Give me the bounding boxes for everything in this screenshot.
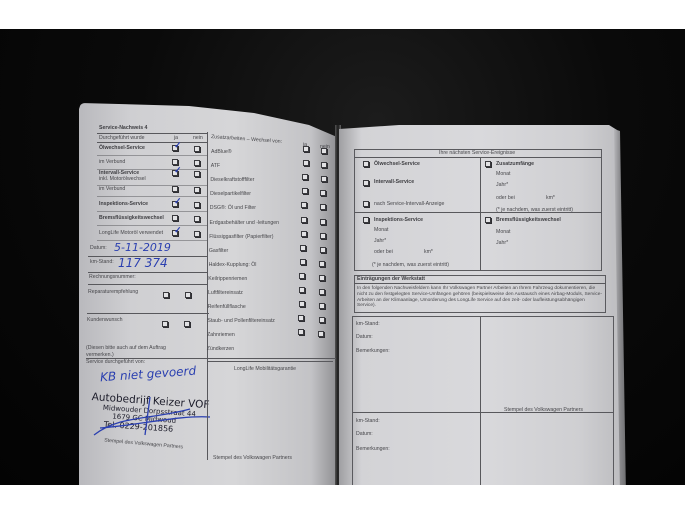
extra-no-checkbox[interactable] [321, 148, 327, 154]
oil-service-checkbox[interactable] [363, 161, 369, 167]
extra-no-checkbox[interactable] [321, 162, 327, 168]
extra-no-checkbox[interactable] [319, 289, 325, 295]
extra-work-label: Keilrippenriemen [208, 277, 247, 282]
service-yes-checkbox[interactable] [172, 186, 178, 192]
brake-fluid-label: Bremsflüssigkeitswechsel [496, 218, 561, 223]
divider [88, 272, 208, 273]
service-label: im Verbund [99, 160, 125, 165]
workshop-entries-grid [352, 316, 614, 486]
extra-work-label: DSG®: Öl und Filter [210, 206, 256, 211]
invoice-label: Rechnungsnummer: [89, 275, 136, 280]
extra-yes-checkbox[interactable] [299, 273, 305, 279]
bottom-margin [0, 485, 685, 514]
service-title: Service-Nachweis 4 [99, 126, 147, 131]
extra-no-checkbox[interactable] [320, 190, 326, 196]
km-label: km-Stand: [90, 260, 114, 265]
divider [97, 155, 207, 156]
brake-fluid-checkbox[interactable] [485, 217, 491, 223]
entry2-date-label: Datum: [356, 432, 373, 437]
extra-work-label: Flüssiggasfilter (Papierfilter) [209, 235, 273, 240]
extra-yes-checkbox[interactable] [299, 287, 305, 293]
extra-no-checkbox[interactable] [319, 275, 325, 281]
additional-or-at-label: oder bei [496, 196, 515, 201]
entry2-remarks-label: Bemerkungen: [356, 447, 390, 452]
checkmark-icon: ✓ [174, 197, 182, 206]
extra-work-label: Luftfiltereinsatz [208, 291, 243, 296]
divider [87, 313, 209, 314]
service-no-checkbox[interactable] [194, 202, 200, 208]
extra-no-checkbox[interactable] [320, 219, 326, 225]
service-no-checkbox[interactable] [194, 171, 200, 177]
extra-yes-checkbox[interactable] [298, 329, 304, 335]
note-label: (Diesen bitte auch auf dem Auftrag verme… [86, 345, 166, 358]
date-value: 5-11-2019 [114, 242, 171, 253]
inspection-year-label: Jahr* [374, 239, 386, 244]
date-label: Datum: [90, 246, 107, 251]
extra-yes-checkbox[interactable] [301, 217, 307, 223]
next-services-header: Ihre nächsten Service-Ereignisse [439, 151, 515, 156]
km-value: 117 374 [118, 257, 168, 269]
extra-work-label: Dieselpartikelfilter [210, 192, 251, 197]
service-no-checkbox[interactable] [194, 146, 200, 152]
divider [207, 361, 333, 362]
service-no-checkbox[interactable] [194, 160, 200, 166]
col-header-performed: Durchgeführt wurde [99, 136, 145, 141]
extra-no-checkbox[interactable] [320, 233, 326, 239]
brake-fluid-month-label: Monat [496, 230, 510, 235]
entry1-remarks-label: Bemerkungen: [356, 349, 390, 354]
extra-work-label: ATF [211, 164, 220, 169]
repair-label: Reparaturempfehlung [88, 290, 138, 295]
extra-yes-checkbox[interactable] [300, 259, 306, 265]
additional-km-unit: km* [546, 196, 555, 201]
performed-by-label: Service durchgeführt von: [86, 360, 145, 365]
customer-yes-checkbox[interactable] [162, 321, 168, 327]
checkmark-icon: ✓ [174, 141, 182, 150]
entry1-km-label: km-Stand: [356, 322, 380, 327]
extra-work-label: Haldex-Kupplung: Öl [209, 263, 257, 268]
inspection-service-checkbox[interactable] [363, 217, 369, 223]
service-no-checkbox[interactable] [194, 216, 200, 222]
col-header-no: nein [193, 136, 203, 141]
signature-scribble [90, 395, 220, 440]
additional-month-label: Monat [496, 172, 510, 177]
divider [97, 196, 207, 197]
service-label: Inspektions-Service [99, 202, 148, 207]
extra-yes-checkbox[interactable] [299, 301, 305, 307]
extra-work-label: Gasfilter [209, 249, 228, 254]
service-label: Ölwechsel-Service [99, 146, 145, 151]
checkmark-icon: ✓ [174, 166, 182, 175]
divider [97, 142, 207, 143]
service-label: LongLife Motoröl verwendet [99, 231, 163, 236]
interval-display-checkbox[interactable] [363, 201, 369, 207]
extra-work-label: Staub- und Pollenfiltereinsatz [207, 319, 274, 324]
interval-service-label: Intervall-Service [374, 180, 414, 185]
extra-yes-checkbox[interactable] [301, 202, 307, 208]
extra-no-checkbox[interactable] [318, 331, 324, 337]
interval-service-checkbox[interactable] [363, 180, 369, 186]
extra-work-label: Erdgasbehälter und -leitungen [210, 221, 280, 226]
service-yes-checkbox[interactable] [172, 215, 178, 221]
repair-no-checkbox[interactable] [185, 292, 191, 298]
interval-display-label: nach Service-Intervall-Anzeige [374, 202, 444, 207]
extra-work-label: Reifenfüllflasche [208, 305, 246, 310]
workshop-header: Einträgungen der Werkstatt [357, 277, 425, 282]
longlife-label: LongLife Mobilitätsgarantie [234, 367, 296, 372]
extra-work-label: AdBlue® [211, 150, 232, 155]
extra-no-checkbox[interactable] [321, 176, 327, 182]
service-label: im Verbund [99, 187, 125, 192]
service-sublabel: inkl. Motorölwechsel [99, 177, 146, 182]
extra-work-label: Zahnriemen [207, 333, 235, 338]
extra-yes-checkbox[interactable] [298, 315, 304, 321]
extra-no-checkbox[interactable] [319, 303, 325, 309]
extra-yes-checkbox[interactable] [301, 231, 307, 237]
extra-no-checkbox[interactable] [319, 261, 325, 267]
service-no-checkbox[interactable] [194, 231, 200, 237]
entry1-date-label: Datum: [356, 335, 373, 340]
additional-year-label: Jahr* [496, 183, 508, 188]
extra-yes-checkbox[interactable] [302, 188, 308, 194]
divider [97, 133, 207, 134]
extra-yes-checkbox[interactable] [303, 146, 309, 152]
extra-yes-checkbox[interactable] [303, 160, 309, 166]
extra-no-checkbox[interactable] [320, 204, 326, 210]
workshop-text: In den folgenden Nachweisfeldern kann Ih… [357, 286, 603, 309]
oil-service-label: Ölwechsel-Service [374, 162, 420, 167]
extra-yes-checkbox[interactable] [302, 174, 308, 180]
additional-label: Zusatzumfänge [496, 162, 534, 167]
entry2-km-label: km-Stand: [356, 419, 380, 424]
additional-footnote: (* je nachdem, was zuerst eintritt) [496, 208, 573, 213]
inspection-month-label: Monat [374, 228, 388, 233]
service-no-checkbox[interactable] [194, 187, 200, 193]
inspection-footnote: (* je nachdem, was zuerst eintritt) [372, 263, 449, 268]
additional-checkbox[interactable] [485, 161, 491, 167]
divider [97, 211, 207, 212]
customer-no-checkbox[interactable] [184, 321, 190, 327]
column-divider [480, 316, 481, 486]
inspection-or-at-label: oder bei [374, 250, 393, 255]
divider [354, 283, 606, 284]
stamp-caption-right: Stempel des Volkswagen Partners [213, 456, 292, 461]
inspection-km-unit: km* [424, 250, 433, 255]
extra-work-label: Dieselkraftstofffilter [210, 178, 254, 183]
divider [88, 284, 208, 285]
service-label: Bremsflüssigkeitswechsel [99, 216, 164, 221]
divider [354, 157, 602, 158]
inspection-service-label: Inspektions-Service [374, 218, 423, 223]
extra-no-checkbox[interactable] [319, 317, 325, 323]
column-divider [480, 157, 481, 271]
brake-fluid-year-label: Jahr* [496, 241, 508, 246]
repair-yes-checkbox[interactable] [163, 292, 169, 298]
extra-yes-checkbox[interactable] [300, 245, 306, 251]
extra-no-checkbox[interactable] [320, 247, 326, 253]
divider [97, 225, 207, 226]
extra-work-label: Zündkerzen [207, 347, 234, 352]
customer-label: Kundenwunsch [87, 318, 122, 323]
entry1-stamp-caption: Stempel des Volkswagen Partners [504, 408, 583, 413]
checkmark-icon: ✓ [174, 226, 182, 235]
